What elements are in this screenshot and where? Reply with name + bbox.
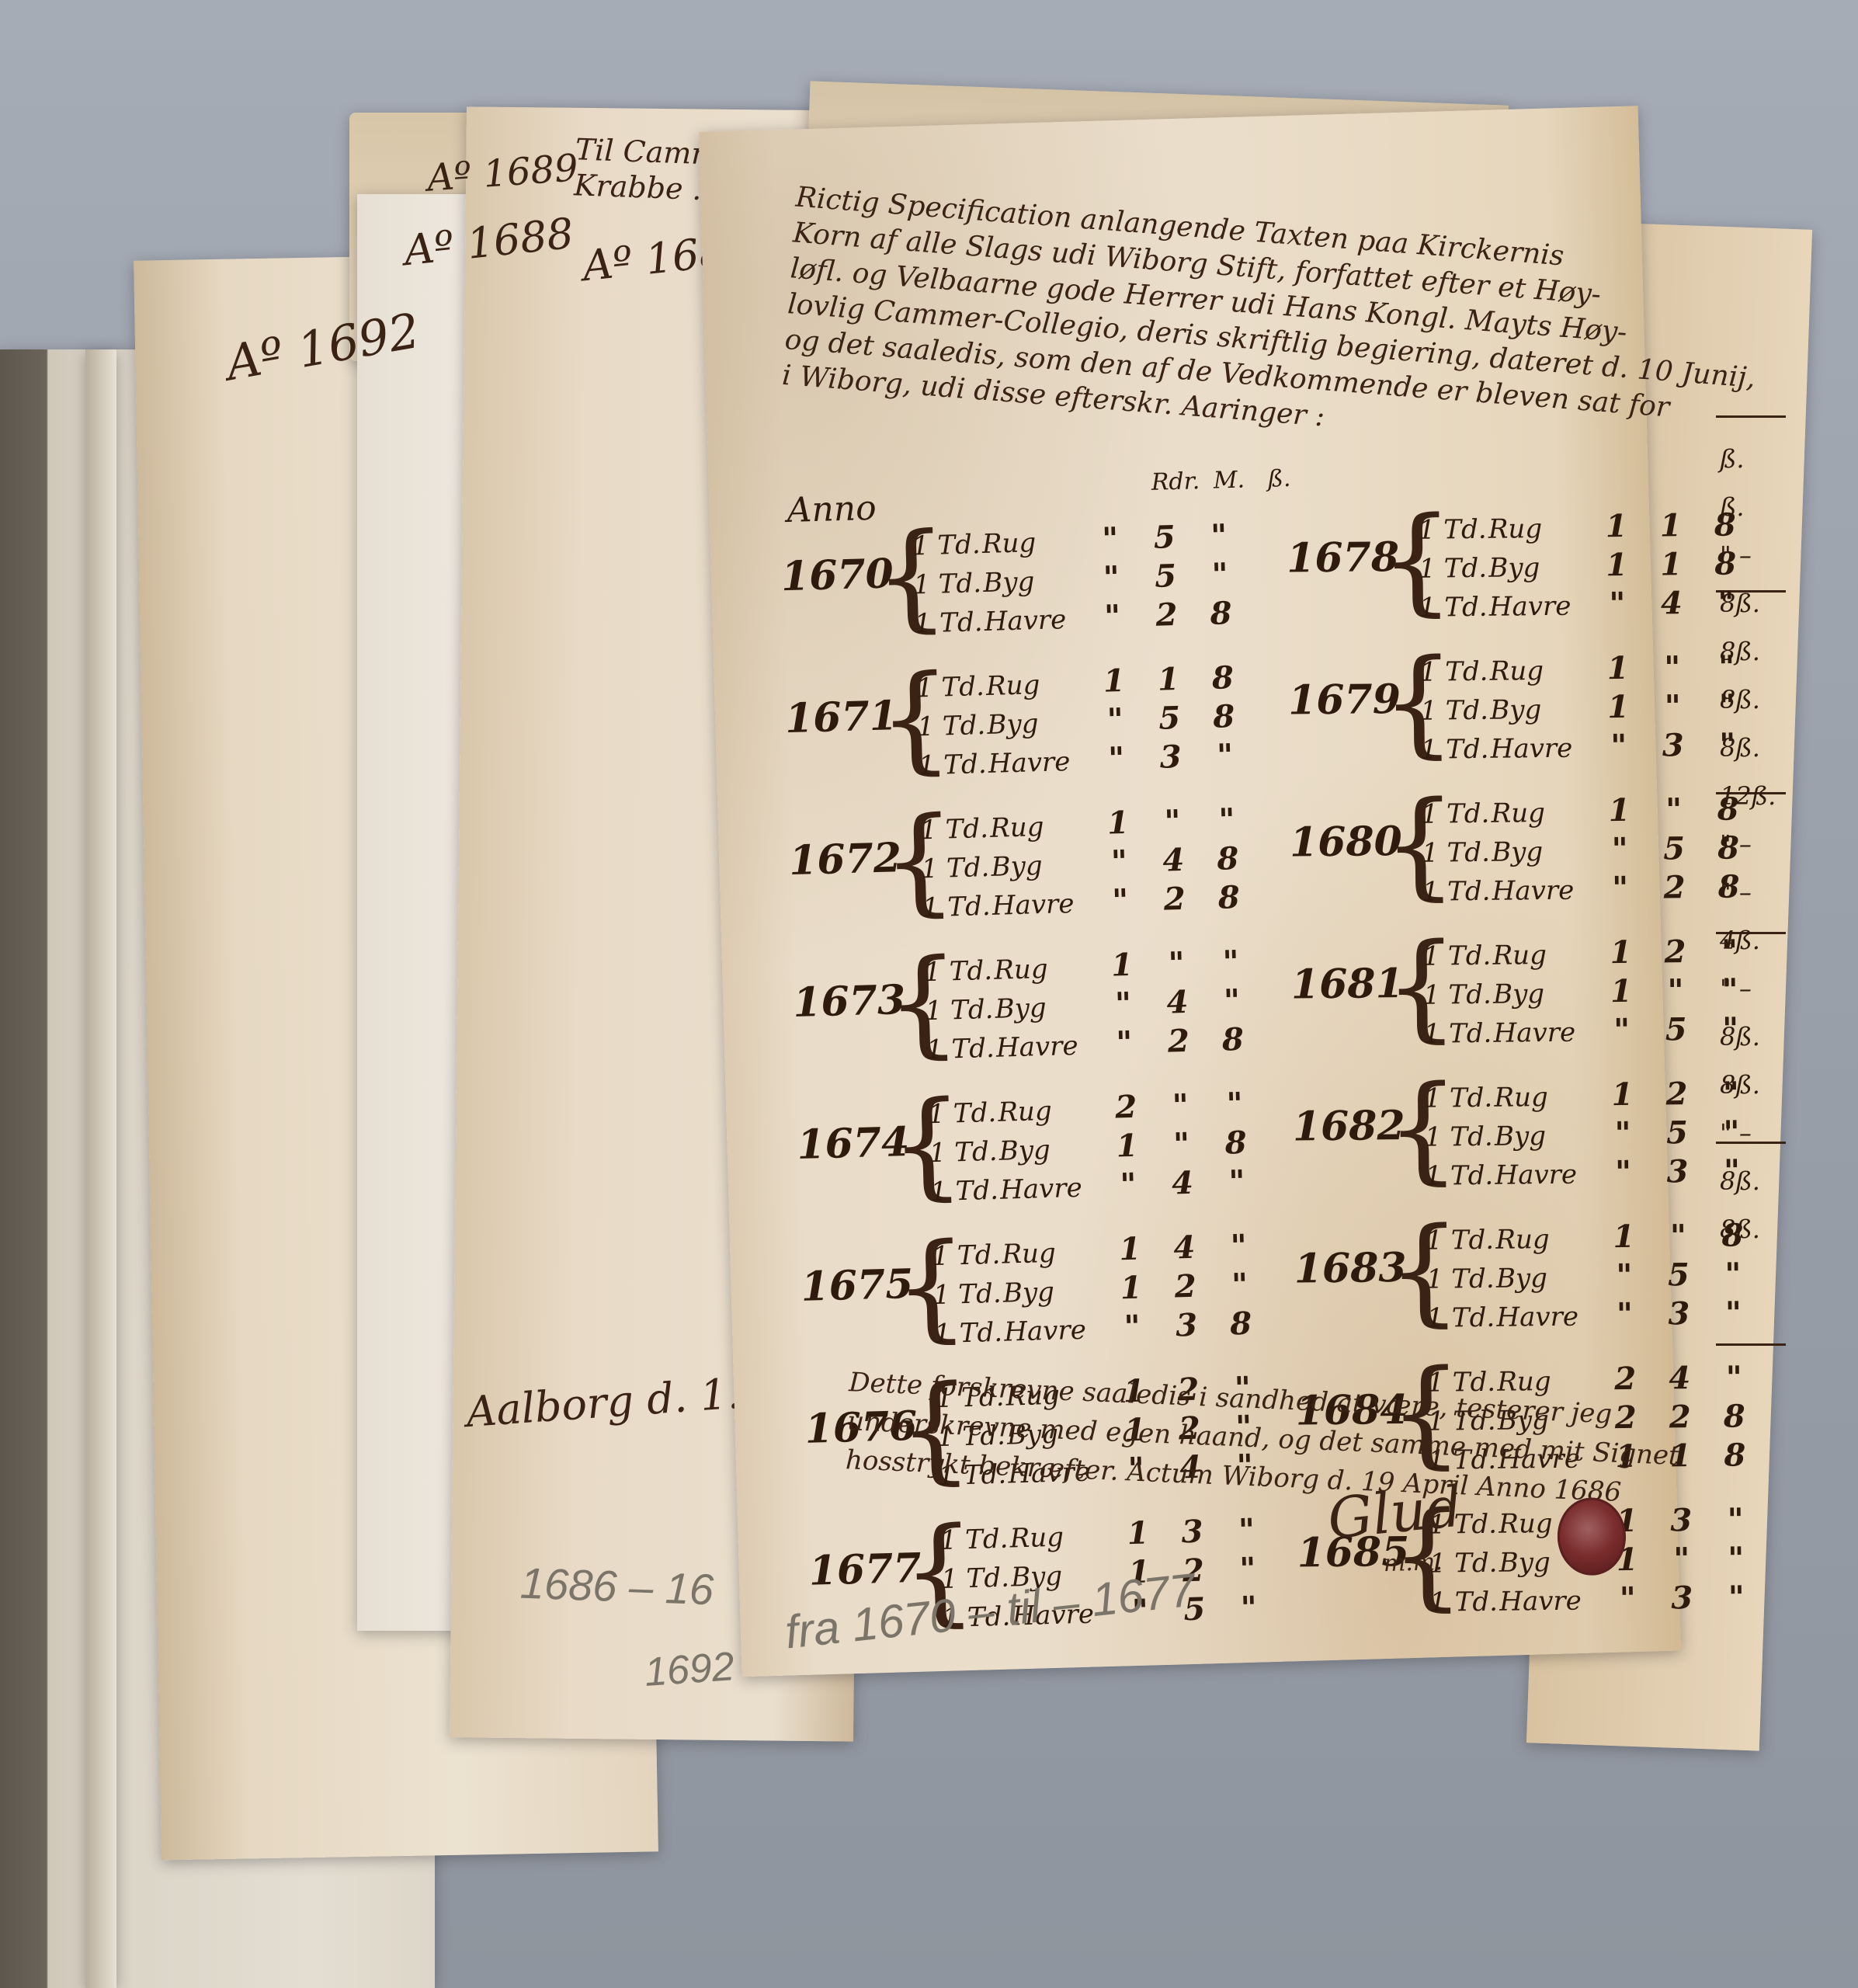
price-row: 1 Td.Rug"5"	[912, 517, 1246, 563]
cell-grain: Havre	[996, 1030, 1098, 1064]
price-row: 1 Td.Havre"38	[934, 1305, 1269, 1350]
cell-grain: Havre	[992, 888, 1093, 922]
cell-rd: 1	[1595, 1076, 1649, 1114]
cell-rd: 1	[1593, 934, 1648, 971]
cell-s: 8	[1193, 594, 1249, 632]
cell-grain: Rug	[1002, 1236, 1103, 1270]
cell-m: 5	[1137, 518, 1192, 556]
cell-s: "	[1204, 982, 1259, 1020]
cell-grain: Byg	[1492, 836, 1592, 867]
cell-unit: 1 Td.	[1419, 553, 1488, 585]
price-row: 1 Td.Havre"5"	[1423, 1010, 1757, 1051]
cell-rd: "	[1592, 831, 1647, 868]
cell-s: "	[1708, 1501, 1762, 1538]
price-row: 1 Td.Rug12"	[1424, 1075, 1758, 1115]
cell-s: 8	[1201, 878, 1256, 916]
cell-s: "	[1708, 1540, 1762, 1577]
cell-m: 2	[1649, 1076, 1703, 1113]
cell-rd: 2	[1598, 1361, 1652, 1398]
cell-rd: 1	[1596, 1218, 1651, 1256]
cell-grain: Havre	[1493, 1017, 1594, 1048]
cell-m: 4	[1644, 585, 1699, 622]
cell-m: "	[1154, 1125, 1209, 1163]
cell-s: "	[1704, 1152, 1759, 1190]
cell-grain: Byg	[1490, 693, 1591, 725]
cell-grain: Rug	[1495, 1223, 1596, 1255]
price-row: 1 Td.Rug1""	[924, 943, 1259, 989]
cell-s: 8	[1701, 829, 1756, 867]
cell-s: "	[1699, 584, 1753, 621]
year-block: 1679{1 Td.Rug1""1 Td.Byg1""1 Td.Havre"3"	[1287, 641, 1794, 788]
cell-m: 2	[1158, 1267, 1213, 1305]
cell-m: "	[1144, 802, 1200, 840]
cell-m: 2	[1151, 1022, 1206, 1060]
cell-unit: 1 Td.	[1425, 1160, 1495, 1192]
price-row: 1 Td.Havre"28	[914, 594, 1249, 640]
col-head-s: ß.	[1267, 465, 1291, 493]
cell-grain: Rug	[986, 668, 1088, 702]
cell-m: 2	[1648, 933, 1702, 971]
cell-grain: Byg	[995, 991, 1096, 1025]
cell-rd: "	[1100, 1166, 1155, 1204]
cell-grain: Havre	[1492, 874, 1593, 906]
cell-s: "	[1700, 726, 1755, 763]
price-row: 1 Td.Rug1"8	[1421, 791, 1755, 831]
price-row: 1 Td.Havre"3"	[918, 736, 1252, 782]
cell-s: 8	[1195, 659, 1250, 697]
cell-s: "	[1709, 1579, 1763, 1616]
col-head-rd: Rdr.	[1151, 467, 1200, 496]
price-row: 1 Td.Havre"28	[922, 878, 1256, 924]
price-row: 1 Td.Havre"3"	[1426, 1295, 1760, 1335]
price-row: 1 Td.Rug12"	[1422, 933, 1756, 973]
cell-grain: Byg	[983, 565, 1085, 599]
cell-rd: 1	[1095, 946, 1150, 984]
year-block: 1681{1 Td.Rug12"1 Td.Byg1""1 Td.Havre"5"	[1290, 925, 1797, 1072]
cell-s: 8	[1698, 545, 1752, 582]
cell-s: 8	[1196, 697, 1252, 735]
cell-s: "	[1703, 1075, 1758, 1112]
cell-rd: 1	[1594, 973, 1648, 1010]
cell-m: "	[1148, 944, 1203, 982]
cell-grain: Rug	[998, 1094, 1099, 1128]
price-row: 1 Td.Havre"4"	[1419, 584, 1753, 624]
cell-m: "	[1654, 1541, 1708, 1578]
price-row: 1 Td.Rug13"	[939, 1511, 1274, 1557]
cell-s: "	[1703, 971, 1757, 1009]
cell-grain: Havre	[1004, 1314, 1106, 1348]
cell-s: "	[1191, 517, 1246, 555]
cell-unit: 1 Td.	[932, 1239, 1002, 1272]
cell-rd: 1	[1103, 1230, 1158, 1268]
cell-m: 3	[1646, 727, 1700, 764]
price-row: 1 Td.Byg"58	[1422, 829, 1756, 870]
cell-unit: 1 Td.	[1419, 592, 1489, 624]
cell-s: "	[1700, 687, 1754, 725]
price-row: 1 Td.Rug1""	[919, 801, 1254, 846]
cell-s: "	[1703, 1010, 1757, 1048]
cell-s: 8	[1700, 791, 1755, 828]
cell-grain: Havre	[1491, 732, 1592, 764]
cell-s: "	[1707, 1359, 1761, 1396]
price-row: 1 Td.Byg1""	[1423, 971, 1757, 1012]
price-row: 1 Td.Byg118	[1419, 545, 1752, 586]
cell-rd: "	[1084, 558, 1139, 596]
cell-m: 2	[1647, 869, 1701, 906]
price-row: 1 Td.Byg"48	[921, 839, 1255, 885]
cell-m: "	[1645, 688, 1700, 725]
cell-unit: 1 Td.	[912, 529, 982, 561]
cell-m: "	[1646, 791, 1700, 829]
cell-rd: "	[1594, 1012, 1648, 1049]
cell-s: "	[1207, 1085, 1262, 1123]
signature-abbrev: m.m.	[1383, 1548, 1443, 1577]
cell-unit: 1 Td.	[1420, 695, 1490, 727]
cell-rd: "	[1082, 520, 1137, 558]
cell-m: 2	[1139, 596, 1194, 634]
col-head-m: M.	[1213, 467, 1245, 495]
price-row: 1 Td.Byg"5"	[1425, 1114, 1759, 1154]
cell-s: "	[1212, 1266, 1267, 1304]
cell-s: 8	[1698, 506, 1752, 544]
cell-unit: 1 Td.	[930, 1175, 1001, 1208]
price-row: 1 Td.Byg1"8	[929, 1124, 1263, 1170]
year-block: 1680{1 Td.Rug1"81 Td.Byg"581 Td.Havre"28	[1289, 783, 1795, 930]
price-row: 1 Td.Rug1""	[1419, 648, 1753, 689]
price-row: 1 Td.Havre"3"	[1425, 1152, 1759, 1193]
cell-rd: "	[1088, 700, 1143, 739]
cell-m: 4	[1155, 1164, 1210, 1202]
cell-unit: 1 Td.	[1423, 1018, 1493, 1050]
cell-unit: 1 Td.	[926, 1033, 997, 1065]
cell-unit: 1 Td.	[924, 955, 995, 988]
cell-m: 3	[1159, 1306, 1214, 1344]
cell-s: "	[1706, 1295, 1760, 1332]
price-row: 1 Td.Byg"5"	[913, 556, 1248, 602]
cell-grain: Byg	[1495, 1120, 1596, 1152]
cell-unit: 1 Td.	[916, 671, 987, 704]
cell-s: "	[1221, 1589, 1276, 1627]
cell-grain: Rug	[1009, 1521, 1111, 1555]
cell-m: "	[1651, 1218, 1705, 1255]
cell-grain: Havre	[988, 745, 1089, 780]
cell-unit: 1 Td.	[1426, 1225, 1495, 1256]
cell-unit: 1 Td.	[932, 1278, 1003, 1311]
cell-rd: "	[1596, 1115, 1650, 1152]
price-row: 1 Td.Rug1"8	[1426, 1217, 1759, 1257]
cell-grain: Byg	[1488, 551, 1589, 583]
cell-m: 1	[1644, 546, 1698, 583]
cell-unit: 1 Td.	[920, 813, 991, 846]
cell-rd: "	[1600, 1580, 1655, 1618]
pencil-note-1686: 1686 – 16	[519, 1558, 714, 1615]
cell-unit: 1 Td.	[1424, 1083, 1494, 1114]
cell-grain: Rug	[990, 810, 1092, 844]
cell-unit: 1 Td.	[1422, 940, 1492, 972]
cell-m: 5	[1647, 830, 1701, 867]
cell-s: 8	[1705, 1217, 1759, 1254]
cell-s: "	[1220, 1550, 1275, 1588]
year-block: 1683{1 Td.Rug1"81 Td.Byg"5"1 Td.Havre"3"	[1294, 1209, 1800, 1357]
cell-unit: 1 Td.	[917, 710, 988, 742]
cell-rd: "	[1096, 1024, 1151, 1062]
cell-s: 8	[1707, 1398, 1762, 1435]
cell-grain: Rug	[994, 952, 1096, 986]
cell-m: 5	[1142, 699, 1197, 737]
cell-grain: Rug	[1494, 1081, 1595, 1113]
price-row: 1 Td.Havre"28	[926, 1020, 1260, 1066]
cell-s: "	[1702, 933, 1756, 970]
cell-s: "	[1706, 1256, 1760, 1293]
cell-grain: Havre	[1489, 590, 1590, 622]
cell-rd: "	[1597, 1257, 1651, 1295]
cell-unit: 1 Td.	[922, 891, 992, 923]
year-block: 1675{1 Td.Rug14"1 Td.Byg12"1 Td.Havre"38	[800, 1218, 1308, 1375]
cell-rd: "	[1592, 728, 1646, 765]
cell-s: 8	[1707, 1437, 1762, 1474]
year-block: 1674{1 Td.Rug2""1 Td.Byg1"81 Td.Havre"4"	[796, 1076, 1304, 1232]
cell-rd: "	[1085, 597, 1140, 635]
cell-grain: Byg	[1496, 1262, 1597, 1294]
price-row: 1 Td.Byg1""	[1420, 687, 1754, 728]
cell-rd: 1	[1090, 804, 1145, 842]
cell-rd: 1	[1589, 547, 1644, 584]
cell-grain: Havre	[1495, 1159, 1596, 1190]
cell-m: 1	[1141, 660, 1196, 698]
cell-s: 8	[1213, 1305, 1268, 1343]
cell-unit: 1 Td.	[1422, 876, 1492, 908]
cell-rd: "	[1092, 843, 1147, 881]
cell-m: 5	[1651, 1256, 1706, 1294]
cell-unit: 1 Td.	[1423, 979, 1493, 1011]
cell-m: 5	[1650, 1114, 1704, 1152]
cell-unit: 1 Td.	[918, 749, 988, 781]
price-row: 1 Td.Havre"3"	[1421, 726, 1755, 766]
cell-grain: Byg	[987, 707, 1089, 741]
cell-unit: 1 Td.	[1421, 734, 1491, 766]
year-block: 1671{1 Td.Rug1181 Td.Byg"581 Td.Havre"3"	[783, 650, 1292, 806]
price-row: 1 Td.Havre"28	[1422, 868, 1756, 909]
document-heading: Rictig Specification anlangende Taxten p…	[781, 179, 1765, 467]
price-row: 1 Td.Rug118	[1419, 506, 1752, 547]
price-row: 1 Td.Rug118	[915, 659, 1250, 704]
price-row: 1 Td.Havre"4"	[930, 1163, 1265, 1208]
price-row: 1 Td.Byg"4"	[925, 982, 1259, 1027]
cell-unit: 1 Td.	[913, 568, 984, 600]
price-row: 1 Td.Rug14"	[932, 1227, 1266, 1273]
cell-grain: Havre	[984, 603, 1085, 638]
cell-m: 4	[1150, 983, 1205, 1021]
cell-unit: 1 Td.	[928, 1097, 998, 1130]
cell-grain: Havre	[1000, 1172, 1102, 1206]
cell-unit: 1 Td.	[1429, 1587, 1499, 1618]
cell-grain: Rug	[1490, 655, 1591, 686]
cell-rd: 2	[1099, 1088, 1154, 1126]
cell-rd: "	[1105, 1308, 1160, 1346]
cell-unit: 1 Td.	[1422, 837, 1492, 869]
cell-rd: "	[1597, 1296, 1651, 1333]
cell-unit: 1 Td.	[914, 606, 985, 639]
cell-m: 2	[1147, 880, 1202, 918]
signature: Glud	[1325, 1473, 1464, 1551]
cell-rd: 1	[1110, 1514, 1165, 1552]
cell-grain: Byg	[991, 849, 1092, 883]
cell-rd: "	[1590, 586, 1644, 623]
cell-rd: "	[1089, 739, 1144, 777]
cell-grain: Havre	[1499, 1585, 1600, 1617]
cell-s: "	[1211, 1227, 1266, 1265]
year-block: 1678{1 Td.Rug1181 Td.Byg1181 Td.Havre"4"	[1286, 499, 1792, 646]
cell-s: "	[1209, 1163, 1264, 1201]
cell-unit: 1 Td.	[1419, 514, 1488, 546]
cell-s: 8	[1200, 839, 1255, 878]
binder-edge	[85, 349, 116, 1988]
cell-grain: Byg	[998, 1133, 1100, 1167]
cell-grain: Rug	[1488, 513, 1589, 544]
pencil-note-1692: 1692	[643, 1643, 736, 1696]
cell-m: 4	[1652, 1360, 1707, 1397]
cell-rd: "	[1092, 881, 1148, 919]
cell-grain: Rug	[1492, 939, 1593, 971]
cell-unit: 1 Td.	[939, 1524, 1010, 1556]
year-block: 1670{1 Td.Rug"5"1 Td.Byg"5"1 Td.Havre"28	[780, 508, 1288, 664]
cell-s: "	[1699, 648, 1753, 686]
cell-grain: Byg	[1493, 978, 1594, 1010]
cell-rd: 1	[1590, 650, 1644, 687]
year-block: 1673{1 Td.Rug1""1 Td.Byg"4"1 Td.Havre"28	[791, 934, 1300, 1090]
cell-m: 3	[1655, 1580, 1709, 1617]
cell-unit: 1 Td.	[1426, 1263, 1496, 1295]
cell-grain: Havre	[1496, 1301, 1597, 1333]
cell-m: 3	[1165, 1513, 1220, 1551]
cell-s: "	[1203, 943, 1258, 981]
cell-unit: 1 Td.	[1420, 656, 1490, 688]
cell-rd: 1	[1103, 1269, 1158, 1307]
cell-unit: 1 Td.	[1421, 798, 1491, 830]
cell-rd: "	[1096, 985, 1151, 1023]
cell-m: 3	[1143, 738, 1198, 776]
cell-s: 8	[1701, 868, 1756, 905]
cell-m: "	[1644, 649, 1699, 686]
cell-s: "	[1219, 1511, 1274, 1549]
cell-rd: 1	[1086, 662, 1141, 700]
cell-m: 3	[1651, 1295, 1706, 1333]
cell-s: "	[1193, 556, 1248, 594]
cell-grain: Rug	[1491, 797, 1592, 829]
cell-rd: 1	[1591, 689, 1645, 726]
cell-unit: 1 Td.	[1426, 1302, 1496, 1334]
main-document-specification: Rictig Specification anlangende Taxten p…	[699, 106, 1681, 1677]
cell-rd: "	[1596, 1154, 1650, 1191]
cell-s: 8	[1205, 1020, 1260, 1058]
cell-rd: 1	[1099, 1127, 1155, 1165]
cell-m: 4	[1157, 1229, 1212, 1267]
cell-m: "	[1648, 972, 1703, 1010]
cell-s: "	[1197, 736, 1252, 774]
cell-rd: 1	[1592, 792, 1646, 829]
cell-m: 1	[1644, 507, 1698, 544]
cell-rd: 1	[1589, 508, 1644, 545]
cell-unit: 1 Td.	[934, 1317, 1005, 1350]
cell-grain: Rug	[981, 526, 1083, 560]
price-row: 1 Td.Rug2""	[928, 1085, 1262, 1131]
cell-m: 5	[1648, 1011, 1703, 1048]
cell-unit: 1 Td.	[929, 1136, 999, 1169]
year-block: 1682{1 Td.Rug12"1 Td.Byg"5"1 Td.Havre"3"	[1292, 1067, 1798, 1215]
cell-s: "	[1704, 1114, 1759, 1151]
year-block: 1672{1 Td.Rug1""1 Td.Byg"481 Td.Havre"28	[787, 792, 1296, 948]
cell-m: 5	[1138, 557, 1193, 595]
cell-unit: 1 Td.	[921, 852, 992, 885]
cell-m: "	[1153, 1086, 1208, 1124]
price-row: 1 Td.Byg12"	[932, 1266, 1267, 1312]
cell-unit: 1 Td.	[925, 994, 995, 1027]
price-row: 1 Td.Byg"58	[917, 697, 1252, 743]
cell-s: 8	[1208, 1124, 1263, 1162]
cell-m: 4	[1146, 841, 1201, 879]
price-row: 1 Td.Byg"5"	[1426, 1256, 1760, 1296]
cell-m: 3	[1650, 1153, 1704, 1190]
cell-rd: "	[1592, 870, 1647, 907]
price-row: 1 Td.Havre"3"	[1429, 1579, 1763, 1619]
cell-s: "	[1199, 801, 1254, 839]
cell-unit: 1 Td.	[1425, 1121, 1495, 1153]
cell-grain: Byg	[1002, 1275, 1104, 1309]
